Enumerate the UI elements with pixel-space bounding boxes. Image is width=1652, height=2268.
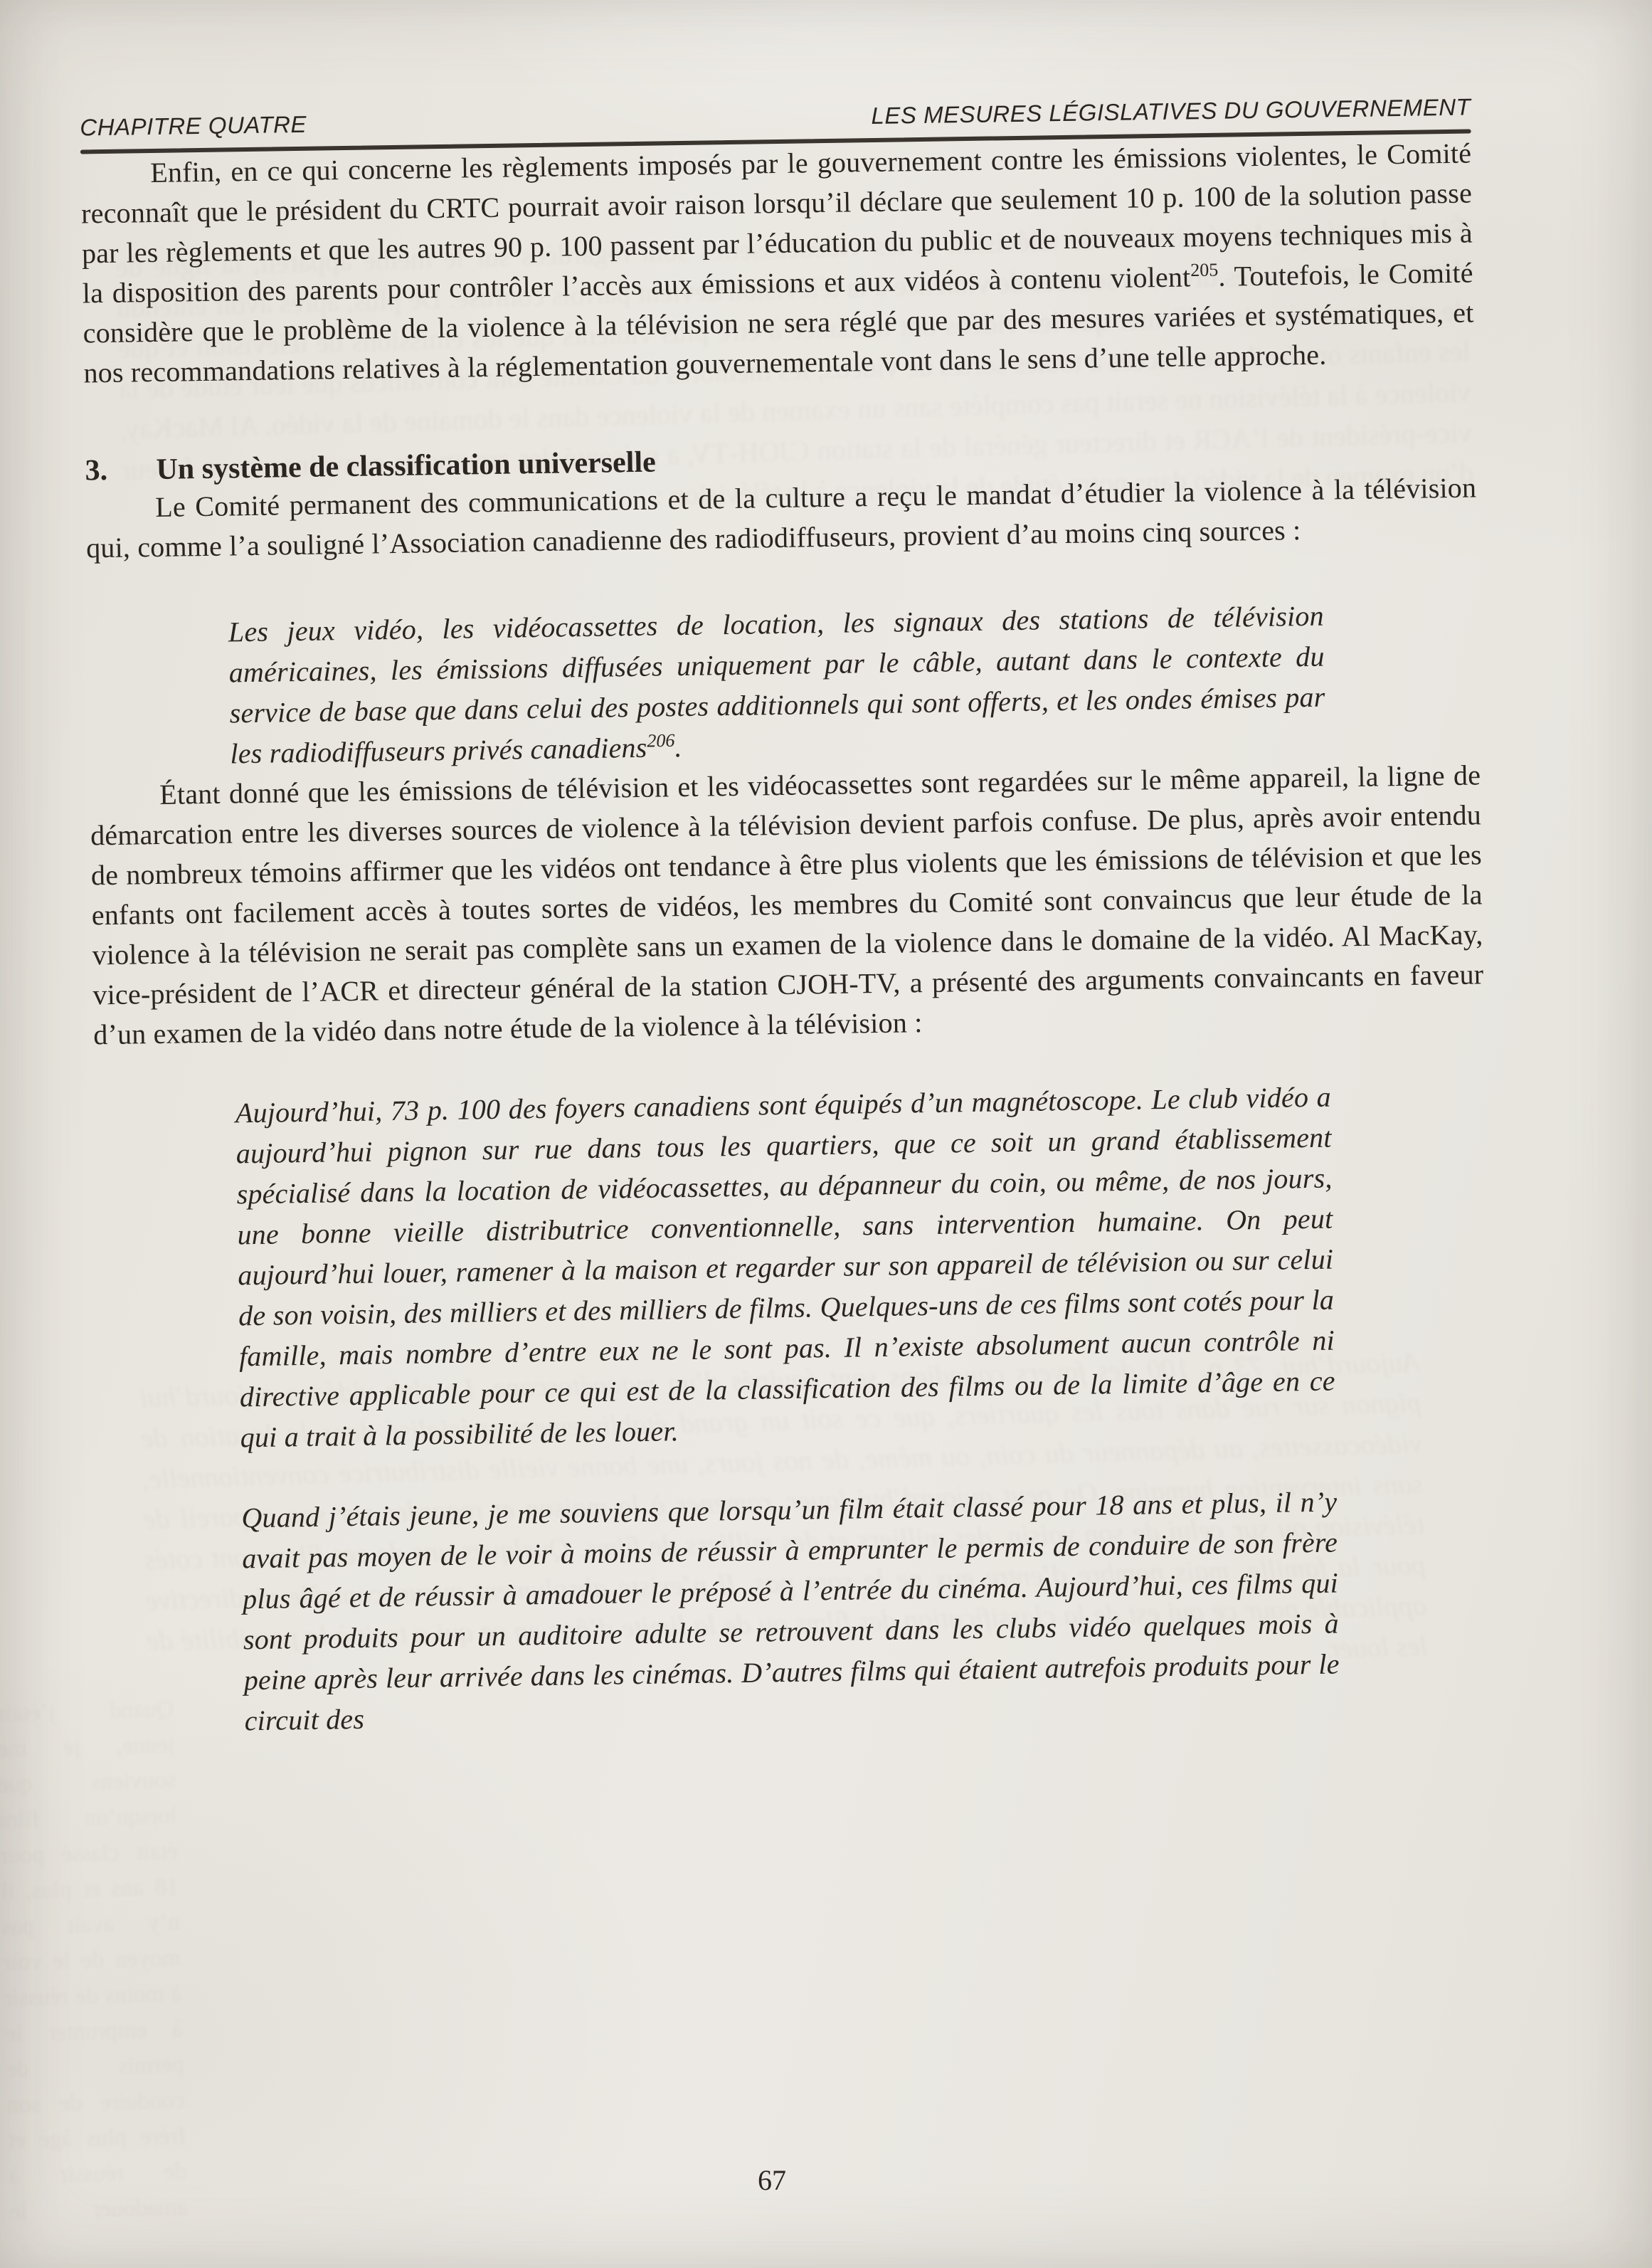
section-number: 3. [85, 452, 157, 488]
blockquote-mackay-part1: Aujourd’hui, 73 p. 100 des foyers canadi… [235, 1077, 1336, 1458]
blockquote-five-sources-end: . [674, 731, 682, 763]
blockquote-mackay-part2: Quand j’étais jeune, je me souviens que … [241, 1482, 1340, 1741]
footnote-ref-206: 206 [647, 730, 674, 751]
page-number: 67 [0, 2163, 1544, 2197]
blockquote-five-sources-text: Les jeux vidéo, les vidéocassettes de lo… [228, 600, 1325, 770]
bleed-through-text: Quand j’étais jeune, je me souviens que … [0, 1692, 188, 2223]
footnote-ref-205: 205 [1190, 259, 1218, 280]
blockquote-five-sources: Les jeux vidéo, les vidéocassettes de lo… [228, 596, 1325, 774]
paragraph-analysis: Étant donné que les émissions de télévis… [90, 755, 1485, 1055]
paragraph-intro: Enfin, en ce qui concerne les règlements… [80, 133, 1475, 393]
scanned-book-page: Étant donné que les émissions de télévis… [0, 0, 1652, 2268]
running-header-chapter: CHAPITRE QUATRE [80, 111, 307, 142]
page-content: CHAPITRE QUATRE LES MESURES LÉGISLATIVES… [80, 93, 1495, 1743]
running-header-title: LES MESURES LÉGISLATIVES DU GOUVERNEMENT [871, 93, 1471, 129]
